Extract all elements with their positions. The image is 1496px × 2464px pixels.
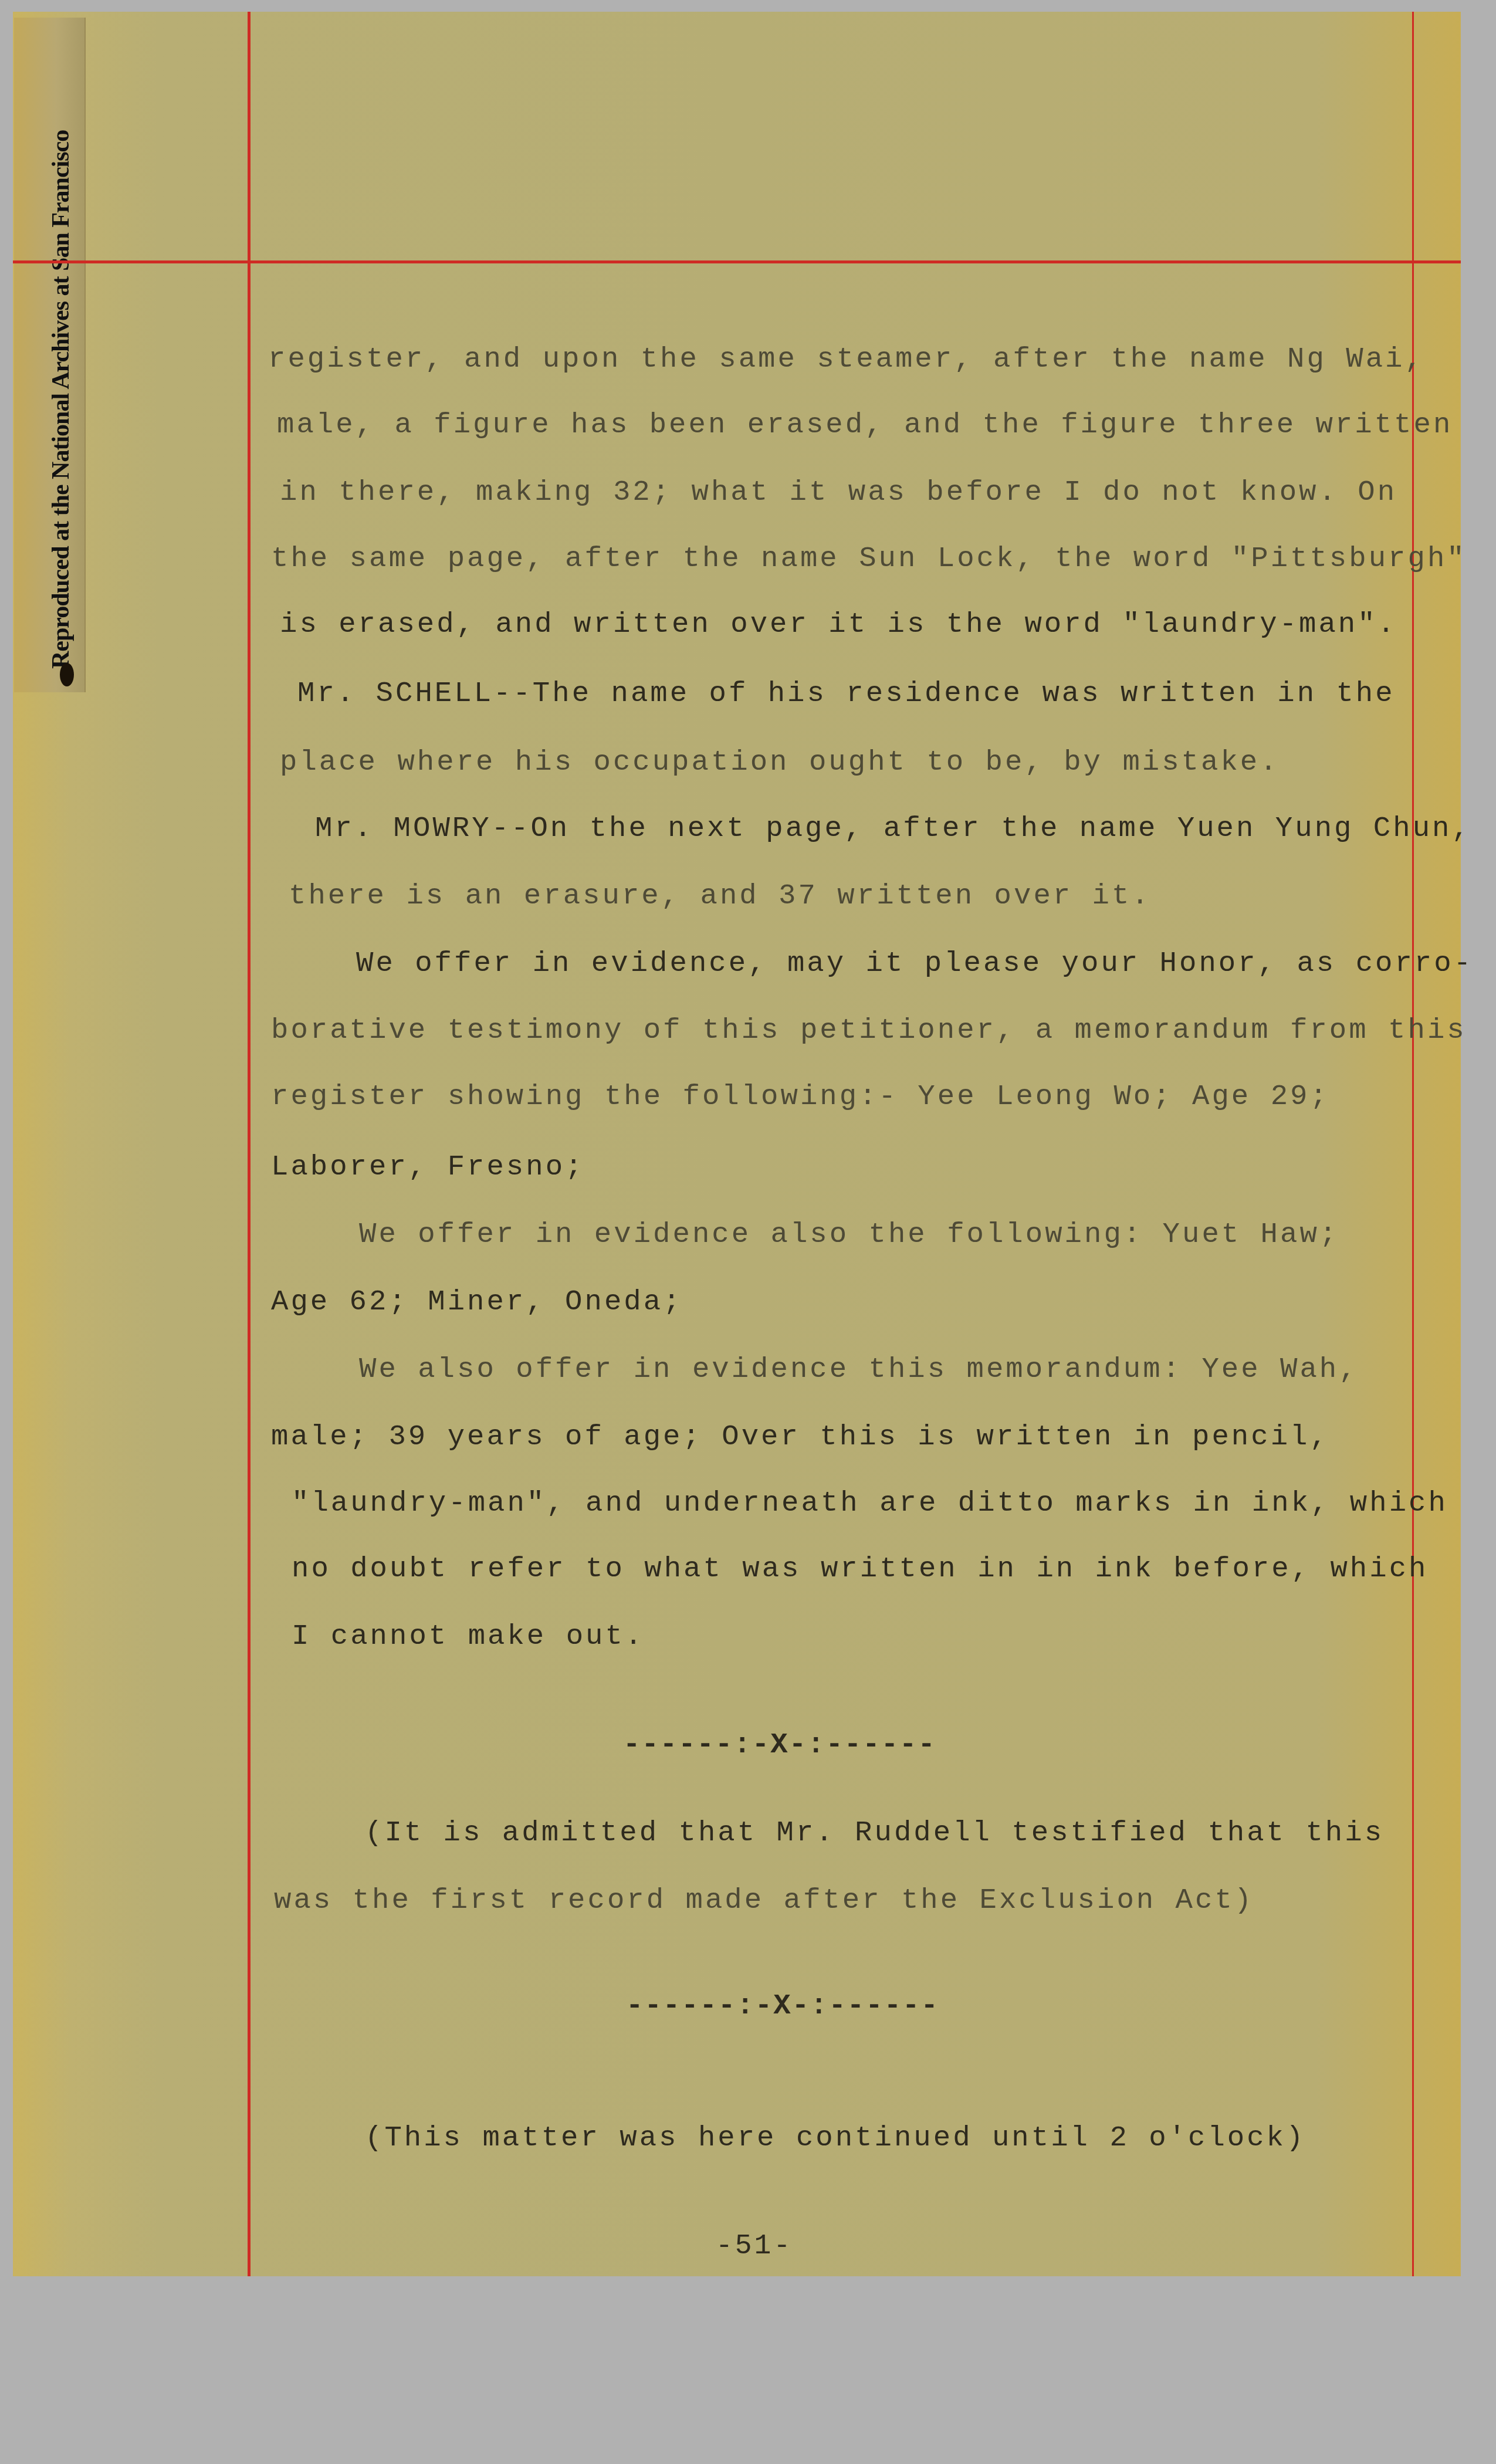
text-line: there is an erasure, and 37 written over…: [289, 882, 1151, 911]
text-line: borative testimony of this petitioner, a…: [271, 1016, 1467, 1045]
text-line: Laborer, Fresno;: [271, 1153, 584, 1182]
text-line: is erased, and written over it is the wo…: [280, 610, 1397, 639]
archive-stamp: Reproduced at the National Archives at S…: [47, 82, 75, 669]
continuation-note: (This matter was here continued until 2 …: [365, 2124, 1305, 2152]
binder-hole-icon: [60, 663, 74, 686]
text-line: male; 39 years of age; Over this is writ…: [271, 1423, 1329, 1451]
text-line: register, and upon the same steamer, aft…: [268, 345, 1424, 374]
text-line: in there, making 32; what it was before …: [280, 478, 1397, 507]
admission-line: was the first record made after the Excl…: [274, 1886, 1254, 1915]
text-line: register showing the following:- Yee Leo…: [271, 1082, 1329, 1111]
text-line: the same page, after the name Sun Lock, …: [271, 544, 1467, 573]
text-line: We also offer in evidence this memorandu…: [359, 1355, 1359, 1384]
admission-line: (It is admitted that Mr. Ruddell testifi…: [365, 1819, 1384, 1847]
section-separator: ------:-X-:------: [626, 1992, 939, 2020]
text-line: no doubt refer to what was written in in…: [292, 1555, 1428, 1583]
text-line: We offer in evidence also the following:…: [359, 1220, 1339, 1249]
text-line: I cannot make out.: [292, 1622, 644, 1651]
text-line: place where his occupation ought to be, …: [280, 748, 1280, 777]
text-line: "laundry-man", and underneath are ditto …: [292, 1489, 1448, 1518]
text-line: Mr. SCHELL--The name of his residence wa…: [297, 679, 1395, 708]
text-line: male, a figure has been erased, and the …: [277, 411, 1453, 439]
section-separator: ------:-X-:------: [623, 1731, 936, 1759]
text-line: We offer in evidence, may it please your…: [356, 949, 1473, 978]
text-line: Age 62; Miner, Oneda;: [271, 1288, 683, 1316]
left-margin-rule: [248, 12, 251, 2276]
page-number: -51-: [716, 2232, 793, 2260]
text-line: Mr. MOWRY--On the next page, after the n…: [315, 814, 1471, 843]
document-page: Reproduced at the National Archives at S…: [13, 12, 1461, 2276]
top-margin-rule: [13, 260, 1461, 263]
